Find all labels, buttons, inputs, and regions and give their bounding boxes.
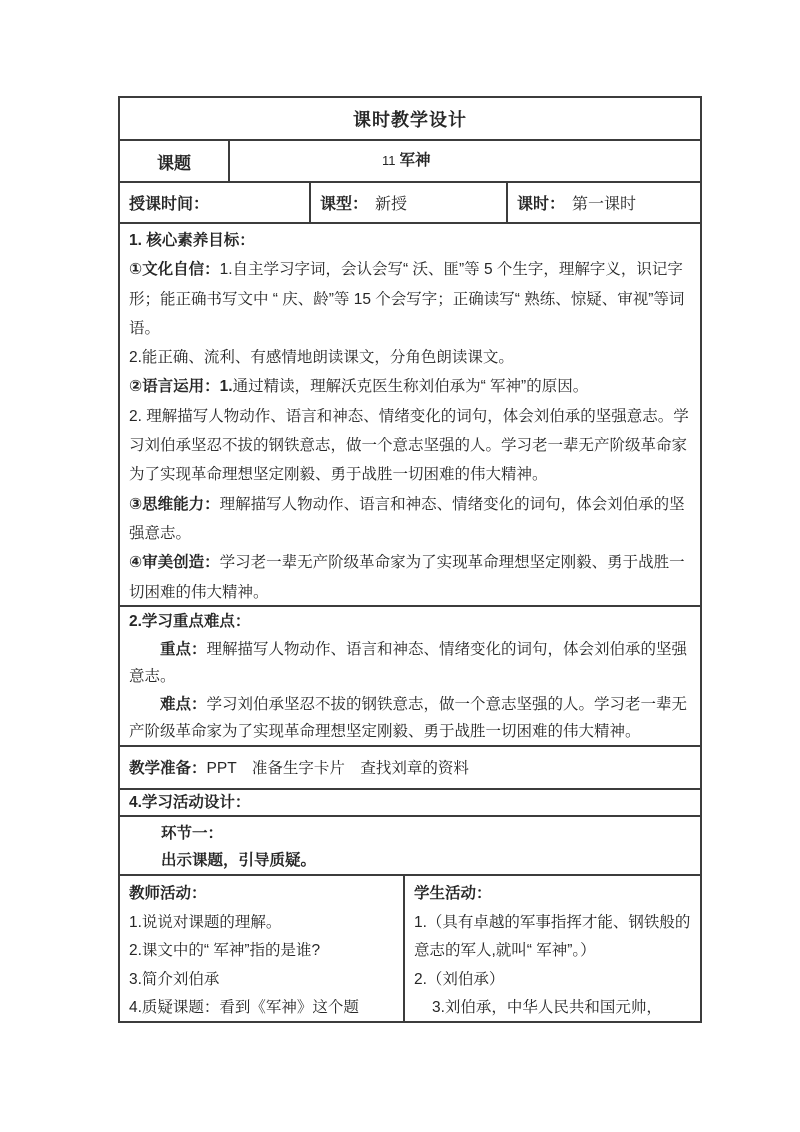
stage-row: 环节一： 出示课题，引导质疑。	[120, 815, 700, 874]
goal-paragraph: 2.能正确、流利、有感情地朗读课文，分角色朗读课文。	[129, 343, 691, 372]
topic-row: 课题 11军神	[120, 139, 700, 181]
doc-title: 课时教学设计	[120, 98, 700, 139]
core-goals-heading: 1. 核心素养目标：	[129, 226, 691, 255]
goal-paragraph: ④审美创造：学习老一辈无产阶级革命家为了实现革命理想坚定刚毅、勇于战胜一切困难的…	[129, 548, 691, 605]
teacher-activity-item: 1.说说对课题的理解。	[129, 909, 397, 938]
teacher-activities-column: 教师活动： 1.说说对课题的理解。 2.课文中的“ 军神”指的是谁? 3.简介刘…	[120, 876, 405, 1021]
period-value: 第一课时	[572, 191, 636, 214]
lesson-type-value: 新授	[375, 191, 407, 214]
document-page: 课时教学设计 课题 11军神 授课时间： 课型： 新授 课时： 第一课时	[0, 0, 800, 1132]
lesson-type-label: 课型：	[320, 191, 368, 214]
teacher-activities-heading: 教师活动：	[129, 880, 397, 909]
preparation-value: PPT 准备生字卡片 查找刘章的资料	[207, 760, 469, 777]
key-point-paragraph: 重点：理解描写人物动作、语言和神态、情绪变化的词句，体会刘伯承的坚强意志。	[129, 636, 691, 691]
lesson-type-cell: 课型： 新授	[311, 183, 508, 222]
goal-paragraph: ①文化自信：1.自主学习字词，会认会写“ 沃、匪”等 5 个生字，理解字义，识记…	[129, 255, 691, 343]
period-cell: 课时： 第一课时	[508, 183, 700, 222]
preparation-label: 教学准备：	[129, 760, 207, 777]
student-activity-item: 3.刘伯承，中华人民共和国元帅，	[414, 994, 694, 1021]
activity-design-heading: 4.学习活动设计：	[129, 794, 250, 811]
goal-paragraph: ③思维能力：理解描写人物动作、语言和神态、情绪变化的词句，体会刘伯承的坚强意志。	[129, 490, 691, 549]
teaching-time-cell: 授课时间：	[120, 183, 311, 222]
key-points-section: 2.学习重点难点： 重点：理解描写人物动作、语言和神态、情绪变化的词句，体会刘伯…	[120, 605, 700, 745]
difficult-point-paragraph: 难点：学习刘伯承坚忍不拔的钢铁意志，做一个意志坚强的人。学习老一辈无产阶级革命家…	[129, 691, 691, 746]
teacher-activity-item: 4.质疑课题：看到《军神》这个题	[129, 994, 397, 1021]
goal-paragraph: ②语言运用：1.通过精读，理解沃克医生称刘伯承为“ 军神”的原因。	[129, 372, 691, 401]
teaching-time-label: 授课时间：	[129, 191, 209, 214]
key-points-heading: 2.学习重点难点：	[129, 608, 691, 636]
topic-label: 课题	[120, 141, 230, 181]
goal-paragraph: 2. 理解描写人物动作、语言和神态、情绪变化的词句，体会刘伯承的坚强意志。学习刘…	[129, 402, 691, 490]
topic-value: 11军神	[230, 141, 700, 181]
preparation-row: 教学准备：PPT 准备生字卡片 查找刘章的资料	[120, 745, 700, 788]
teacher-activity-item: 2.课文中的“ 军神”指的是谁?	[129, 937, 397, 966]
period-label: 课时：	[517, 191, 565, 214]
activity-design-heading-row: 4.学习活动设计：	[120, 788, 700, 815]
student-activity-item: 2.（刘伯承）	[414, 966, 694, 995]
stage-title: 环节一：	[161, 820, 691, 847]
lesson-plan-table: 课时教学设计 课题 11军神 授课时间： 课型： 新授 课时： 第一课时	[118, 96, 702, 1023]
info-row: 授课时间： 课型： 新授 课时： 第一课时	[120, 181, 700, 222]
student-activities-column: 学生活动： 1.（具有卓越的军事指挥才能、钢铁般的意志的军人,就叫“ 军神”。）…	[405, 876, 700, 1021]
stage-description: 出示课题，引导质疑。	[161, 847, 691, 874]
teacher-activity-item: 3.简介刘伯承	[129, 966, 397, 995]
student-activities-heading: 学生活动：	[414, 880, 694, 909]
lesson-number: 11	[382, 153, 396, 168]
activities-row: 教师活动： 1.说说对课题的理解。 2.课文中的“ 军神”指的是谁? 3.简介刘…	[120, 874, 700, 1021]
student-activity-item: 1.（具有卓越的军事指挥才能、钢铁般的意志的军人,就叫“ 军神”。）	[414, 909, 694, 966]
lesson-name: 军神	[400, 152, 431, 169]
core-goals-section: 1. 核心素养目标： ①文化自信：1.自主学习字词，会认会写“ 沃、匪”等 5 …	[120, 222, 700, 605]
